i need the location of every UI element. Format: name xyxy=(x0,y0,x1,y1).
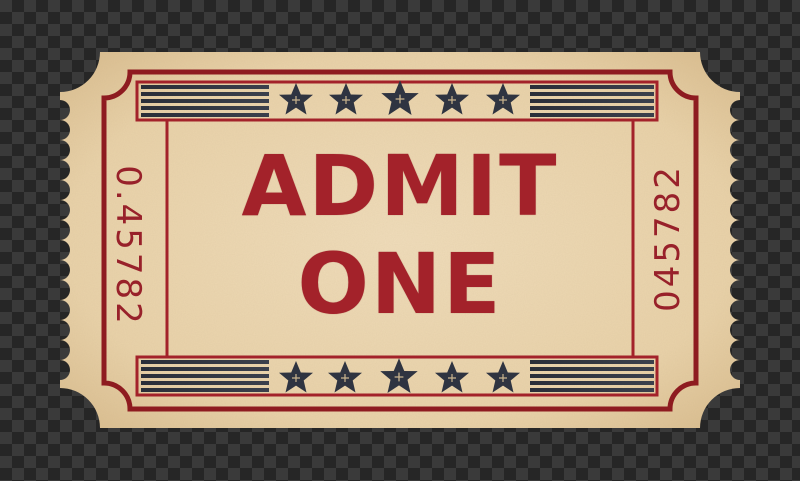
serial-number-left: 0.45782 xyxy=(108,165,148,327)
serial-number-right: 045782 xyxy=(648,164,688,312)
